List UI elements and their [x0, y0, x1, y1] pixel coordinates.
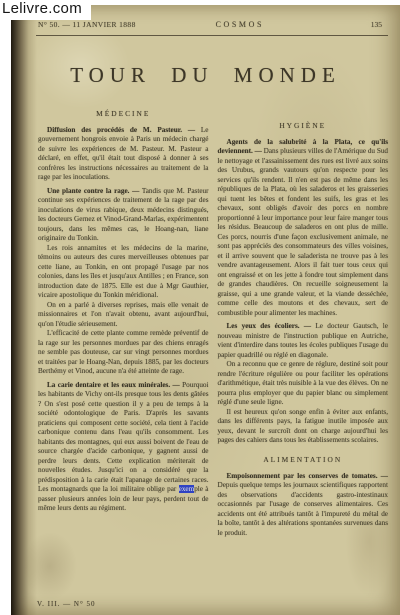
section-heading-hygiene: HYGIÈNE — [218, 121, 389, 131]
selection-highlight: exem — [179, 485, 195, 493]
section-heading-medecine: MÉDECINE — [38, 109, 209, 119]
paragraph-hoang-nan: Les rois annamites et les médecins de la… — [38, 244, 209, 301]
paragraph-text: Tandis que M. Pasteur continue ses expér… — [38, 187, 209, 243]
page-number: 135 — [371, 20, 382, 29]
header-rule — [36, 35, 388, 36]
article-title: TOUR DU MONDE — [11, 63, 400, 88]
journal-name: COSMOS — [216, 20, 265, 29]
page-header: N° 50. — 11 JANVIER 1888 COSMOS 135 — [38, 20, 386, 31]
paragraph-lead: Empoisonnement par les conserves de toma… — [227, 472, 389, 480]
scanned-page: N° 50. — 11 JANVIER 1888 COSMOS 135 TOUR… — [11, 5, 400, 615]
paragraph-salubrite-plata: Agents de la salubrité à la Plata, ce qu… — [218, 138, 389, 319]
columns: MÉDECINE Diffusion des procédés de M. Pa… — [38, 109, 388, 538]
left-column: MÉDECINE Diffusion des procédés de M. Pa… — [38, 109, 209, 538]
section-heading-alimentation: ALIMENTATION — [218, 455, 389, 465]
paragraph-missionnaires: On en a parlé à diverses reprises, mais … — [38, 301, 209, 330]
paragraph-lead: Les yeux des écoliers. — — [227, 322, 312, 330]
paragraph-pasteur: Diffusion des procédés de M. Pasteur. — … — [38, 126, 209, 183]
paragraph-fatigue: Il est heureux qu'on songe enfin à évite… — [218, 408, 389, 446]
paragraph-text: Depuis quelque temps les journaux scient… — [218, 481, 389, 537]
paragraph-lead: Diffusion des procédés de M. Pasteur. — — [47, 126, 195, 134]
paragraph-reglure: On a reconnu que ce genre de réglure, de… — [218, 360, 389, 408]
paragraph-efficacite: L'efficacité de cette plante comme remèd… — [38, 329, 209, 377]
paragraph-conserves-tomates: Empoisonnement par les conserves de toma… — [218, 472, 389, 539]
paragraph-lead: Une plante contre la rage. — — [47, 187, 139, 195]
paragraph-text: Dans plusieurs villes de l'Amérique du S… — [218, 147, 389, 317]
paragraph-text: Pourquoi les habitants de Vichy ont-ils … — [38, 381, 209, 494]
paragraph-plante-rage: Une plante contre la rage. — Tandis que … — [38, 187, 209, 244]
paragraph-lead: La carie dentaire et les eaux minérales.… — [47, 381, 180, 389]
page-content: N° 50. — 11 JANVIER 1888 COSMOS 135 TOUR… — [11, 20, 400, 538]
right-column: HYGIÈNE Agents de la salubrité à la Plat… — [218, 109, 389, 538]
volume-footer: V. III. — N° 50 — [37, 600, 96, 608]
paragraph-carie-dentaire: La carie dentaire et les eaux minérales.… — [38, 381, 209, 514]
paragraph-yeux-ecoliers: Les yeux des écoliers. — Le docteur Gaut… — [218, 322, 389, 360]
bookseller-watermark: Lelivre.com — [0, 0, 91, 20]
issue-date: N° 50. — 11 JANVIER 1888 — [38, 20, 136, 29]
paragraph-text: Le gouvernement hongrois envoie à Paris … — [38, 126, 209, 182]
